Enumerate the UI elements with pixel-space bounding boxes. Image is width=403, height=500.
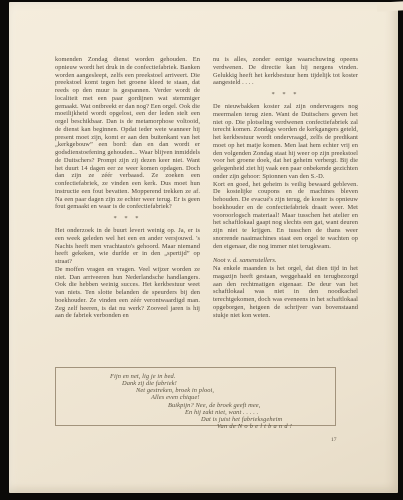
left-paragraph-1: komenden Zondag dienst worden gehouden. … (55, 56, 200, 211)
left-column: komenden Zondag dienst worden gehouden. … (55, 56, 200, 320)
poem-line-4: Alles even chique! (151, 394, 335, 401)
poem: Fijn en net, lig je in bed. Dank zij die… (56, 368, 335, 431)
document-page: komenden Zondag dienst worden gehouden. … (9, 2, 398, 493)
page-number: 17 (331, 437, 337, 443)
poem-line-6: En hij zakt niet, want . . . . . (185, 409, 335, 416)
right-section-divider: * * * (213, 91, 358, 99)
poem-line-5: Buikpijn? Nee, de broek geeft mee, (168, 402, 335, 409)
poem-line-7: Dat is juist het fabrieksgeheim (201, 416, 335, 423)
article-columns: komenden Zondag dienst worden gehouden. … (55, 56, 358, 320)
poem-line-3: Net gestreken, broek in plooi, (136, 387, 335, 394)
poem-box: Fijn en net, lig je in bed. Dank zij die… (55, 367, 336, 426)
scan-background: komenden Zondag dienst worden gehouden. … (0, 0, 403, 500)
right-column: nu is alles, zonder eenige waarschuwing … (213, 56, 358, 320)
left-paragraph-3: De moffen vragen en vragen. Veel wijzer … (55, 266, 200, 320)
poem-line-1: Fijn en net, lig je in bed. (110, 373, 335, 380)
right-paragraph-3: Kort en goed, het geheim is veilig bewaa… (213, 181, 358, 251)
left-section-divider: * * * (55, 215, 200, 223)
right-paragraph-2: De nieuwbakken koster zal zijn ondervrag… (213, 103, 358, 181)
note-body: Na enkele maanden is het orgel, dat dien… (213, 265, 358, 319)
page-corner-fragment (377, 1, 403, 11)
poem-line-2: Dank zij die fabriek! (122, 380, 335, 387)
left-paragraph-2: Het onderzoek in de buurt levert weinig … (55, 227, 200, 266)
poem-line-8: Van de N o b e l t b a n d ! (217, 423, 335, 430)
right-paragraph-1: nu is alles, zonder eenige waarschuwing … (213, 56, 358, 87)
note-heading: Noot v. d. samenstellers. (213, 257, 358, 265)
